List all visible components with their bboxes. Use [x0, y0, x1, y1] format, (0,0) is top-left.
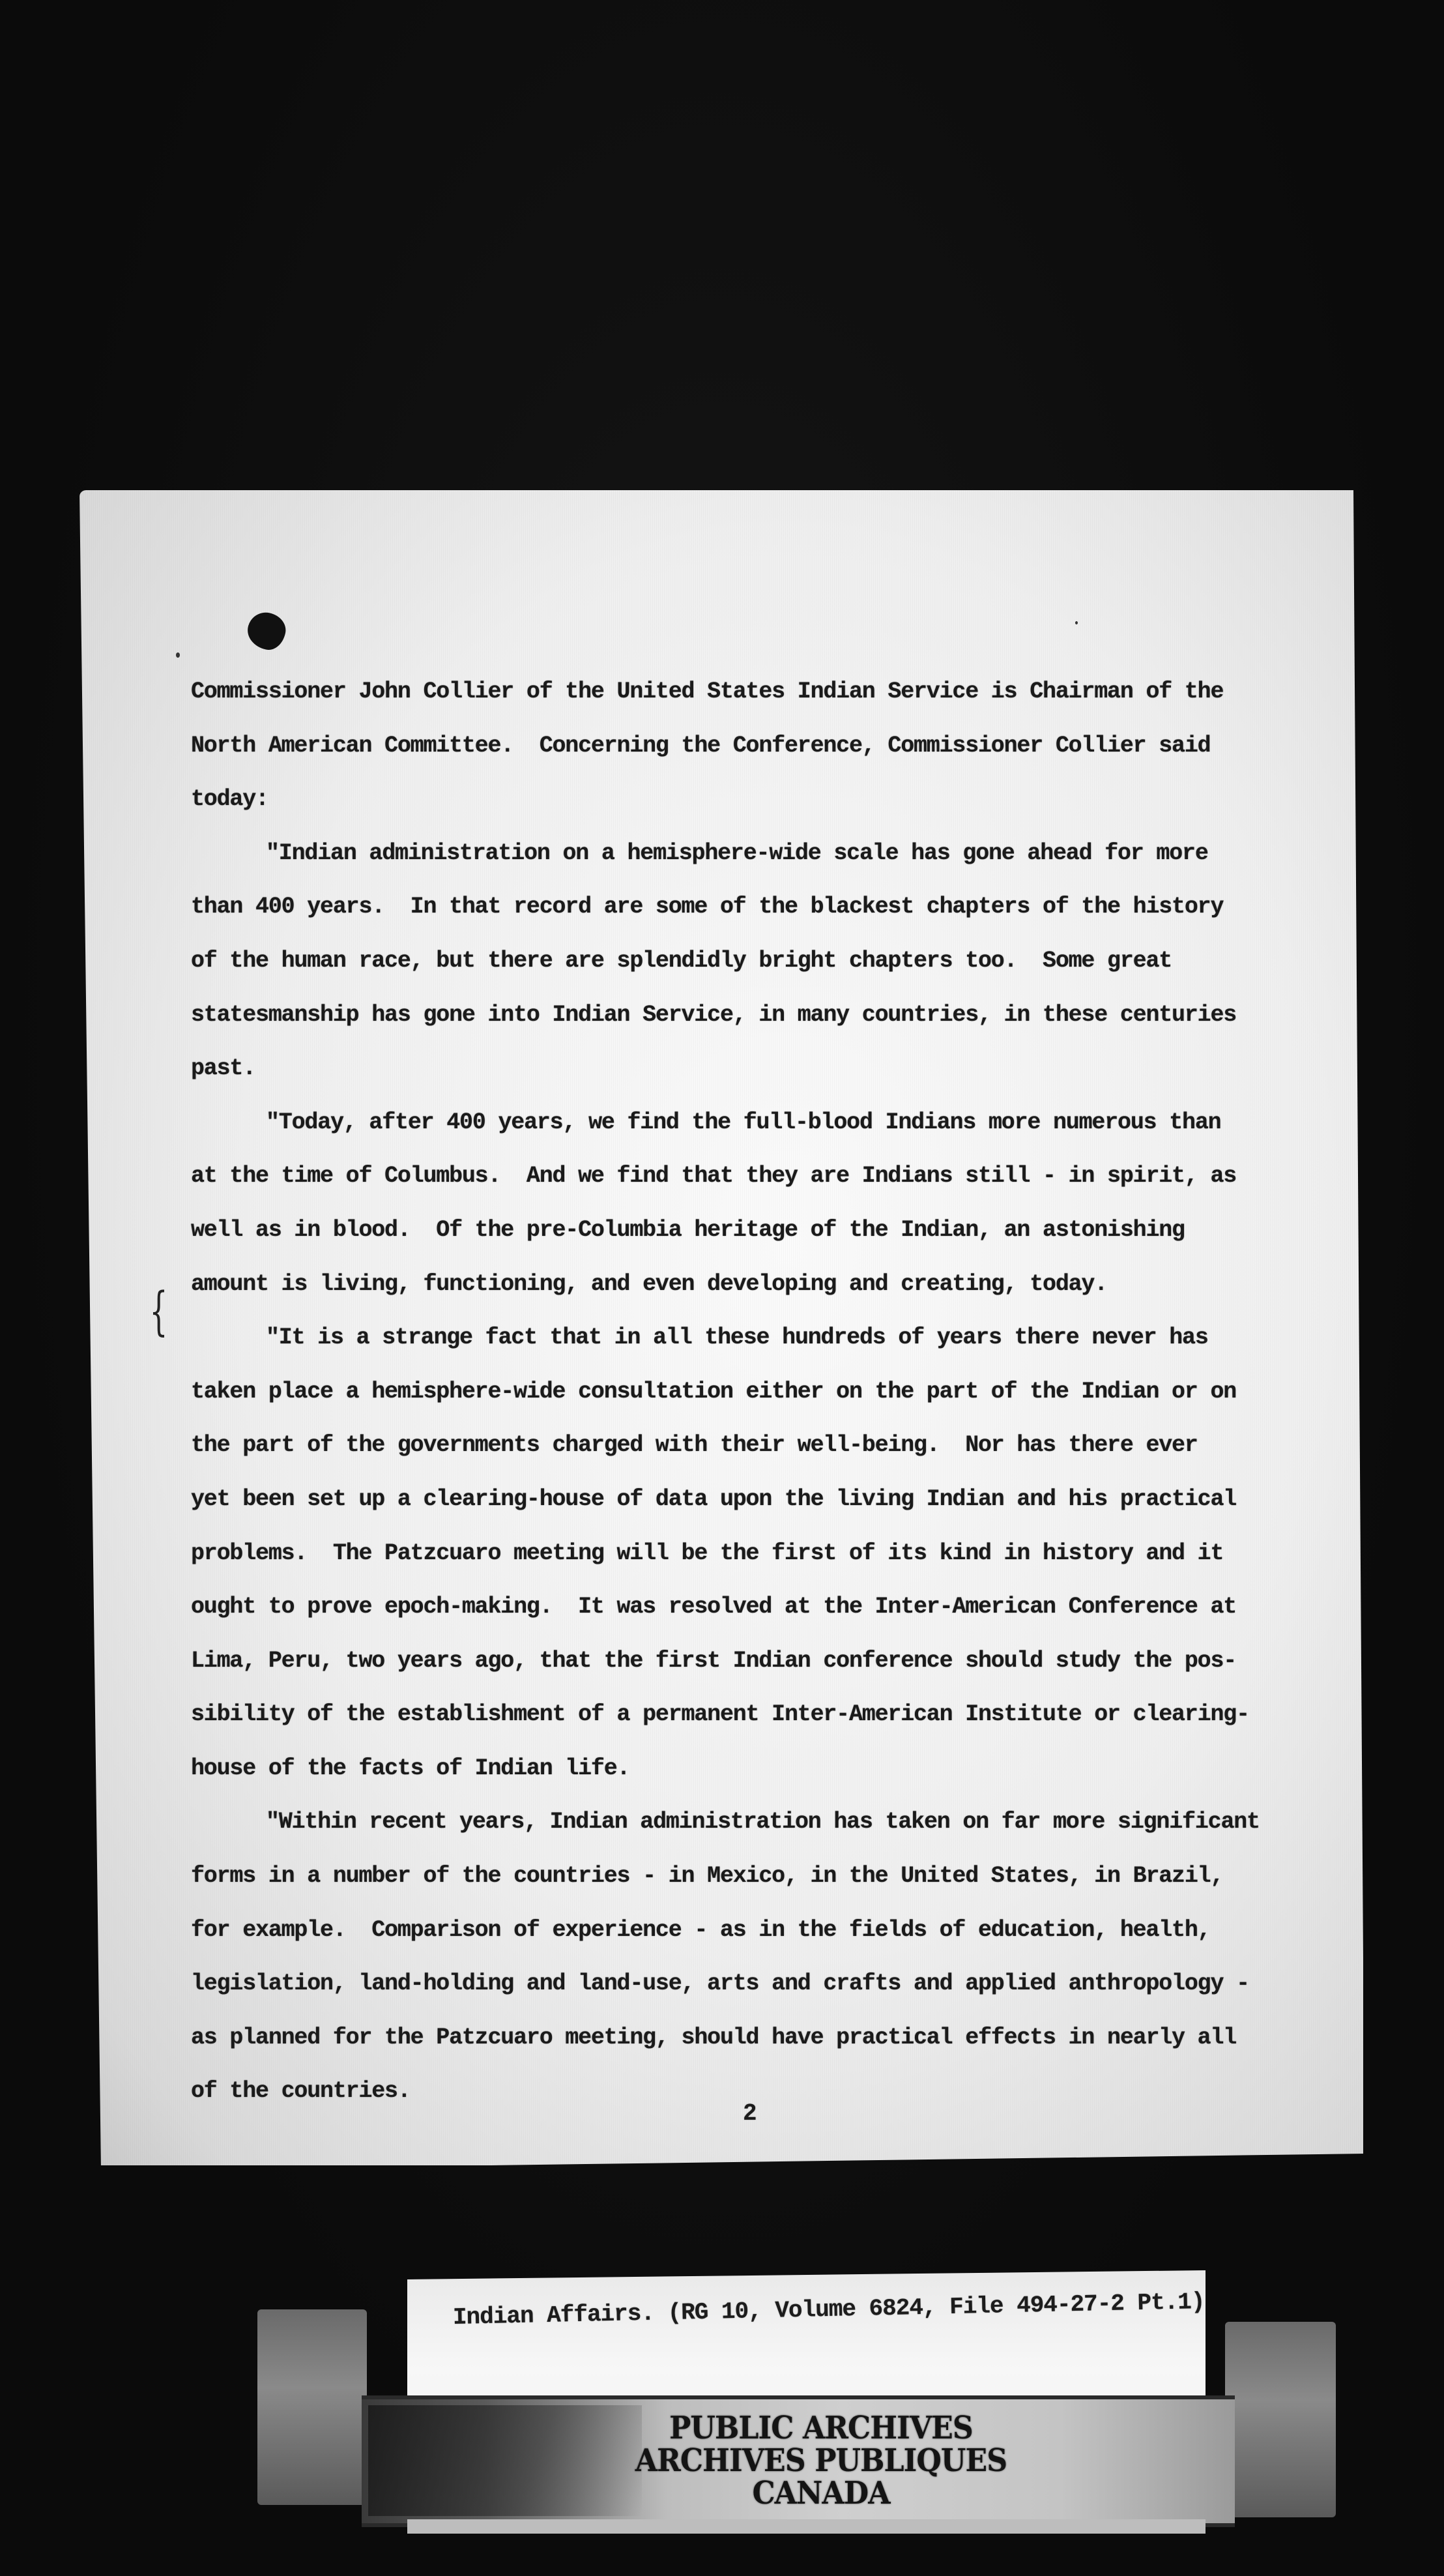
document-body: Commissioner John Collier of the United … — [191, 665, 1312, 2118]
text-line: past. — [191, 1042, 1312, 1096]
text-line: yet been set up a clearing-house of data… — [191, 1472, 1312, 1527]
text-line: than 400 years. In that record are some … — [191, 880, 1312, 934]
text-line: statesmanship has gone into Indian Servi… — [191, 988, 1312, 1042]
text-line: legislation, land-holding and land-use, … — [191, 1957, 1312, 2011]
text-line: Commissioner John Collier of the United … — [191, 665, 1312, 719]
text-line: sibility of the establishment of a perma… — [191, 1688, 1312, 1742]
text-line: at the time of Columbus. And we find tha… — [191, 1149, 1312, 1203]
text-line: "Today, after 400 years, we find the ful… — [191, 1096, 1312, 1150]
text-line: the part of the governments charged with… — [191, 1418, 1312, 1472]
text-line: "Indian administration on a hemisphere-w… — [191, 827, 1312, 881]
film-holder-left — [257, 2309, 367, 2505]
text-line: amount is living, functioning, and even … — [191, 1257, 1312, 1311]
ink-speck — [1075, 621, 1078, 624]
text-line: North American Committee. Concerning the… — [191, 719, 1312, 773]
text-line: forms in a number of the countries - in … — [191, 1849, 1312, 1903]
ink-speck — [176, 652, 180, 658]
label-bottom-strip — [407, 2519, 1206, 2534]
text-line: of the human race, but there are splendi… — [191, 934, 1312, 988]
text-line: house of the facts of Indian life. — [191, 1742, 1312, 1796]
text-line: Lima, Peru, two years ago, that the firs… — [191, 1634, 1312, 1688]
text-line: taken place a hemisphere-wide consultati… — [191, 1365, 1312, 1419]
text-line: problems. The Patzcuaro meeting will be … — [191, 1527, 1312, 1581]
text-line: as planned for the Patzcuaro meeting, sh… — [191, 2011, 1312, 2065]
text-line: "It is a strange fact that in all these … — [191, 1311, 1312, 1365]
text-line: ought to prove epoch-making. It was reso… — [191, 1580, 1312, 1634]
stamp-line: CANADA — [629, 2477, 1013, 2510]
archive-stamp: PUBLIC ARCHIVES ARCHIVES PUBLIQUES CANAD… — [613, 2412, 1030, 2510]
text-line: today: — [191, 772, 1312, 827]
page-number: 2 — [743, 2100, 757, 2127]
text-line: well as in blood. Of the pre-Columbia he… — [191, 1203, 1312, 1257]
stamp-line: ARCHIVES PUBLIQUES — [629, 2444, 1013, 2477]
stamp-shadow — [368, 2405, 642, 2516]
text-line: "Within recent years, Indian administrat… — [191, 1795, 1312, 1849]
stamp-line: PUBLIC ARCHIVES — [629, 2412, 1013, 2444]
text-line: for example. Comparison of experience - … — [191, 1903, 1312, 1957]
film-holder-right — [1225, 2322, 1336, 2517]
margin-brace-mark: { — [149, 1285, 167, 1338]
